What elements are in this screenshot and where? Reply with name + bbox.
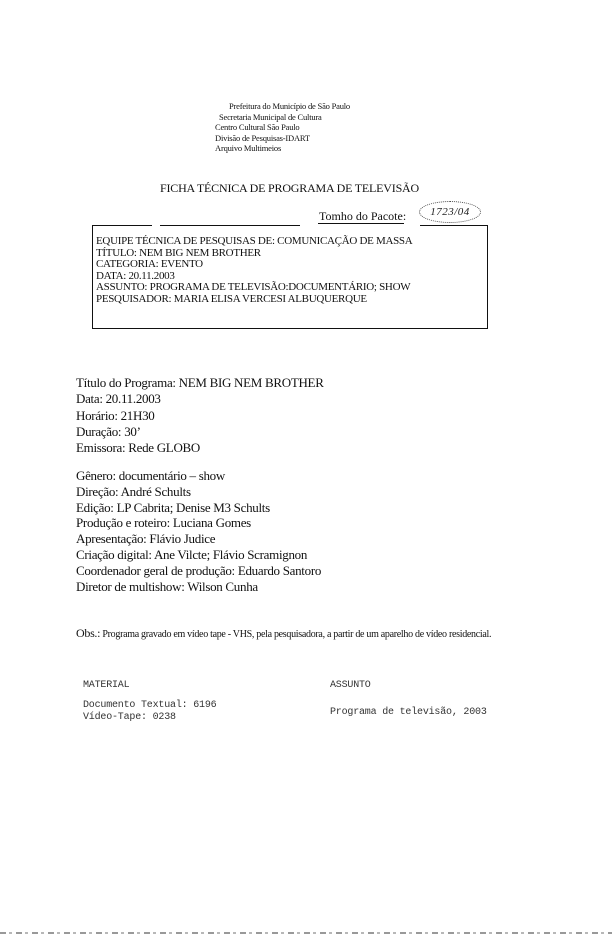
field-date: Data: 20.11.2003 xyxy=(76,391,324,407)
info-team: EQUIPE TÉCNICA DE PESQUISAS DE: COMUNICA… xyxy=(96,236,412,248)
observation-note: Obs.: Programa gravado em vídeo tape - V… xyxy=(76,627,496,642)
material-item: Vídeo-Tape: 0238 xyxy=(83,712,216,724)
credit-genre: Gênero: documentário – show xyxy=(76,468,321,484)
credit-director: Diretor de multishow: Wilson Cunha xyxy=(76,579,321,595)
info-subject: ASSUNTO: PROGRAMA DE TELEVISÃO:DOCUMENTÁ… xyxy=(96,282,412,294)
material-section: MATERIAL Documento Textual: 6196 Vídeo-T… xyxy=(83,680,216,724)
info-researcher: PESQUISADOR: MARIA ELISA VERCESI ALBUQUE… xyxy=(96,294,412,306)
header-line: Arquivo Multimeios xyxy=(215,143,350,154)
field-duration: Duração: 30’ xyxy=(76,424,324,440)
subject-heading: ASSUNTO xyxy=(330,680,487,692)
scan-edge-artifact xyxy=(0,932,612,934)
credits-fields: Gênero: documentário – show Direção: And… xyxy=(76,468,321,594)
header-line: Prefeitura do Município de São Paulo xyxy=(215,101,350,112)
institution-header: Prefeitura do Município de São Paulo Sec… xyxy=(215,101,350,154)
header-line: Centro Cultural São Paulo xyxy=(215,122,350,133)
research-info-lines: EQUIPE TÉCNICA DE PESQUISAS DE: COMUNICA… xyxy=(96,236,412,305)
package-underline xyxy=(318,223,404,224)
package-label: Tomho do Pacote: xyxy=(319,209,406,224)
material-heading: MATERIAL xyxy=(83,680,216,692)
subject-value: Programa de televisão, 2003 xyxy=(330,707,487,719)
credit-editing: Edição: LP Cabrita; Denise M3 Schults xyxy=(76,500,321,516)
header-line: Secretaria Municipal de Cultura xyxy=(215,112,350,123)
subject-section: ASSUNTO Programa de televisão, 2003 xyxy=(330,680,487,719)
field-broadcaster: Emissora: Rede GLOBO xyxy=(76,440,324,456)
obs-text: Programa gravado em vídeo tape - VHS, pe… xyxy=(102,629,491,640)
program-fields: Título do Programa: NEM BIG NEM BROTHER … xyxy=(76,375,324,456)
document-title: FICHA TÉCNICA DE PROGRAMA DE TELEVISÃO xyxy=(160,181,419,196)
package-number-stamp: 1723/04 xyxy=(419,201,481,223)
credit-coordinator: Coordenador geral de produção: Eduardo S… xyxy=(76,563,321,579)
field-program-title: Título do Programa: NEM BIG NEM BROTHER xyxy=(76,375,324,391)
header-line: Divisão de Pesquisas-IDART xyxy=(215,133,350,144)
info-category: CATEGORIA: EVENTO xyxy=(96,259,412,271)
credit-presentation: Apresentação: Flávio Judice xyxy=(76,531,321,547)
obs-label: Obs.: xyxy=(76,626,100,640)
material-item: Documento Textual: 6196 xyxy=(83,700,216,712)
credit-digital: Criação digital: Ane Vilcte; Flávio Scra… xyxy=(76,547,321,563)
field-time: Horário: 21H30 xyxy=(76,408,324,424)
credit-direction: Direção: André Schults xyxy=(76,484,321,500)
credit-production: Produção e roteiro: Luciana Gomes xyxy=(76,515,321,531)
